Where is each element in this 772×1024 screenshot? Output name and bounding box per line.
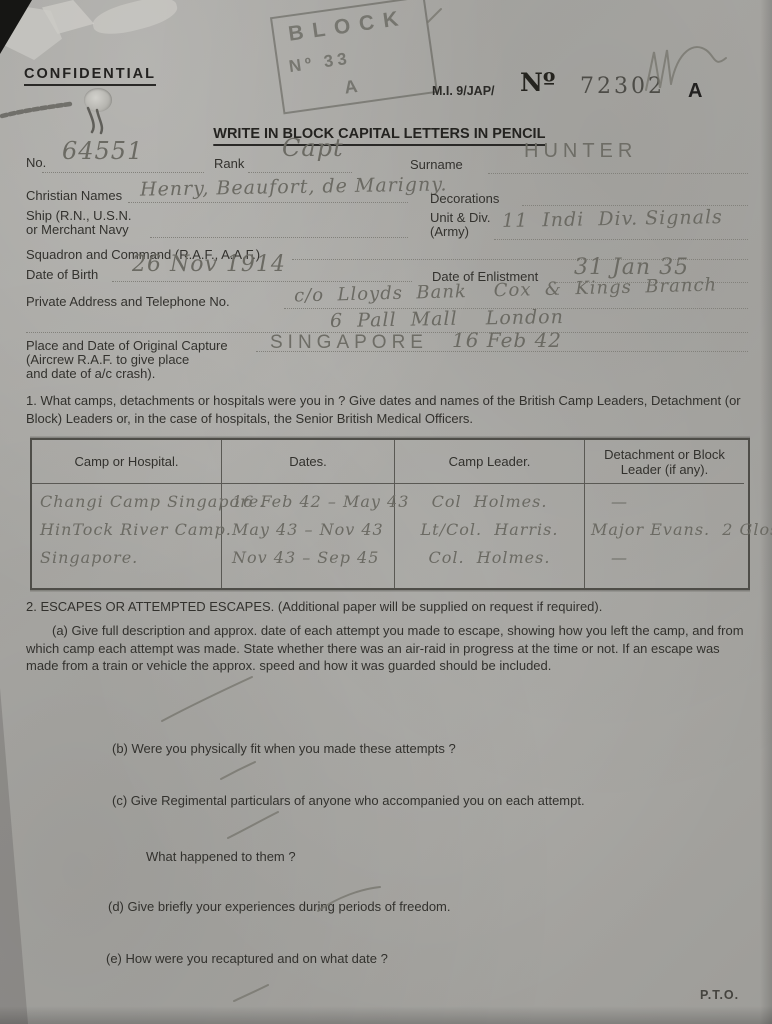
pencil-slash-mark (234, 985, 268, 1001)
section-2-item-b: (b) Were you physically fit when you mad… (112, 740, 456, 758)
field-label-no: No. (26, 155, 46, 170)
field-label-rank: Rank (214, 156, 244, 171)
field-label-dob: Date of Birth (26, 267, 98, 282)
table-cell: May 43 – Nov 43 (222, 517, 394, 545)
field-label-capture-line1: Place and Date of Original Capture (26, 338, 228, 353)
table-header-detachment: Detachment or Block Leader (if any). (585, 440, 744, 484)
field-label-surname: Surname (410, 157, 463, 172)
question-1-text: 1. What camps, detachments or hospitals … (26, 392, 750, 427)
ref-no-symbol: Nº (520, 68, 555, 97)
dotted-line (128, 202, 408, 203)
dotted-line (256, 351, 748, 352)
field-label-unit-line1: Unit & Div. (430, 210, 490, 225)
field-value-unit: 11 Indi Div. Signals (502, 206, 723, 232)
field-value-surname: HUNTER (524, 140, 637, 163)
table-column-camp: Changi Camp Singapore. HinTock River Cam… (32, 484, 222, 588)
form-instruction-title: WRITE IN BLOCK CAPITAL LETTERS IN PENCIL (213, 126, 545, 146)
mi9-department-label: M.I. 9/JAP/ (432, 84, 495, 98)
field-label-capture-line3: and date of a/c crash). (26, 366, 155, 381)
field-value-dob: 26 Nov 1914 (132, 252, 286, 277)
table-column-detachment: — Major Evans. 2 Glosters — (585, 484, 744, 588)
ref-number-stamped: 72302 (580, 74, 665, 99)
table-cell: Singapore. (32, 545, 221, 573)
scan-edge-shadow (0, 688, 28, 1024)
punch-hole (84, 88, 112, 112)
field-value-address-line1: c/o Lloyds Bank Cox & Kings Branch (294, 274, 718, 306)
field-label-address: Private Address and Telephone No. (26, 294, 230, 309)
field-label-unit-line2: (Army) (430, 224, 469, 239)
field-label-ship-line1: Ship (R.N., U.S.N. (26, 208, 131, 223)
dotted-line (494, 239, 748, 240)
table-cell: Col. Holmes. (395, 545, 584, 573)
confidential-stamp: CONFIDENTIAL (24, 66, 156, 86)
section-2-item-e: (e) How were you recaptured and on what … (106, 950, 388, 968)
stamp-line: BLOCK (287, 6, 409, 46)
field-value-no: 64551 (62, 137, 143, 165)
field-value-capture-date: 16 Feb 42 (452, 328, 562, 352)
table-cell: Nov 43 – Sep 45 (222, 545, 394, 573)
field-value-rank: Capt (282, 134, 344, 162)
table-cell: 16 Feb 42 – May 43 (222, 489, 394, 517)
pencil-slash-mark (228, 812, 278, 838)
field-label-ship-line2: or Merchant Navy (26, 222, 129, 237)
pencil-slash-mark (221, 762, 255, 779)
dotted-line (42, 172, 204, 173)
field-label-capture-line2: (Aircrew R.A.F. to give place (26, 352, 189, 367)
table-column-dates: 16 Feb 42 – May 43 May 43 – Nov 43 Nov 4… (222, 484, 395, 588)
camps-table: Camp or Hospital. Dates. Camp Leader. De… (30, 438, 750, 590)
scan-edge-shadow (0, 1006, 772, 1024)
stamp-line: A (343, 76, 361, 99)
paper-scuff (90, 0, 180, 40)
treasury-tag-string (2, 104, 70, 116)
field-value-christian-names: Henry, Beaufort, de Marigny. (140, 173, 448, 200)
table-cell: — (585, 545, 744, 573)
section-2-heading: 2. ESCAPES OR ATTEMPTED ESCAPES. (Additi… (26, 598, 750, 616)
field-label-christian-names: Christian Names (26, 188, 122, 203)
scan-edge-shadow (760, 0, 772, 1024)
dotted-line (112, 281, 412, 282)
dotted-line (150, 237, 408, 238)
scanned-pow-questionnaire-form: CONFIDENTIAL BLOCK Nº 33 A M.I. 9/JAP/ N… (0, 0, 772, 1024)
table-cell: Lt/Col. Harris. (395, 517, 584, 545)
table-header-leader: Camp Leader. (395, 440, 585, 484)
section-2-item-c: (c) Give Regimental particulars of anyon… (112, 792, 585, 810)
ref-suffix-letter: A (688, 80, 702, 103)
table-cell: Major Evans. 2 Glosters (585, 517, 744, 545)
table-header-camp: Camp or Hospital. (32, 440, 222, 484)
table-column-leader: Col Holmes. Lt/Col. Harris. Col. Holmes. (395, 484, 585, 588)
table-cell: Col Holmes. (395, 489, 584, 517)
stamp-line: Nº 33 (288, 49, 352, 77)
table-header-dates: Dates. (222, 440, 395, 484)
section-2-item-d: (d) Give briefly your experiences during… (108, 898, 451, 916)
block-number-stamp: BLOCK Nº 33 A (270, 0, 438, 114)
dotted-line (248, 172, 352, 173)
field-label-decorations: Decorations (430, 191, 499, 206)
dotted-line (488, 173, 748, 174)
section-2-item-a: (a) Give full description and approx. da… (26, 622, 752, 675)
section-2-item-c-followup: What happened to them ? (146, 848, 296, 866)
pencil-tick-mark (428, 9, 441, 22)
table-cell: Changi Camp Singapore. (32, 489, 221, 517)
nil-squiggle-mark (671, 47, 726, 84)
pto-label: P.T.O. (700, 988, 739, 1002)
pencil-slash-mark (162, 677, 252, 721)
table-cell: — (585, 489, 744, 517)
table-cell: HinTock River Camp. (32, 517, 221, 545)
